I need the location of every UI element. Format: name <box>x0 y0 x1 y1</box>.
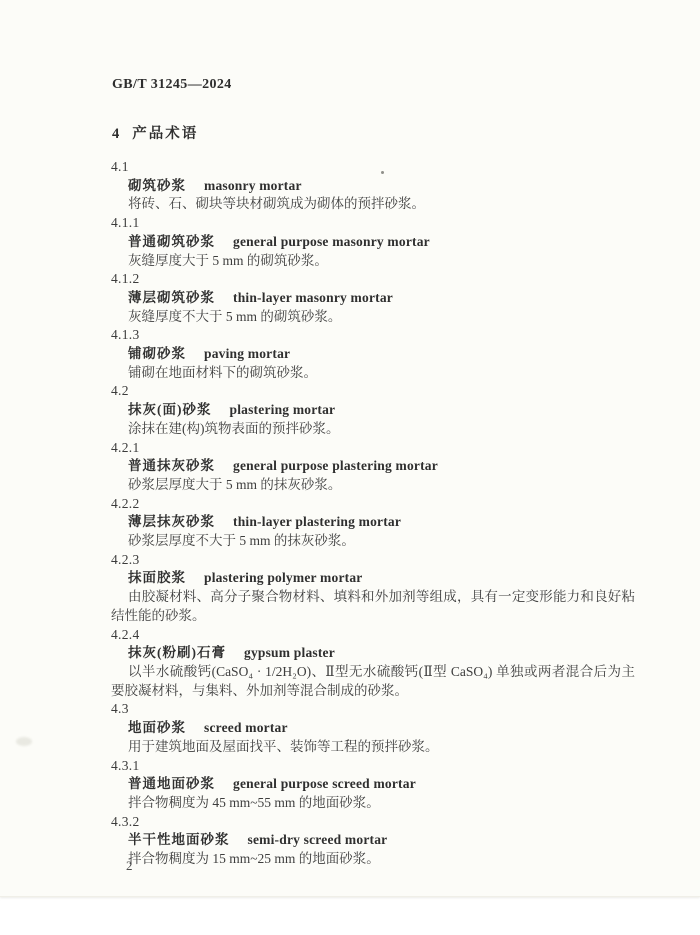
term-english: screed mortar <box>204 720 288 735</box>
term-block-4-1-1: 4.1.1 普通砌筑砂浆general purpose masonry mort… <box>111 214 635 270</box>
term-chinese: 普通砌筑砂浆 <box>128 234 215 249</box>
term-english: gypsum plaster <box>244 645 335 660</box>
term-chinese: 抹面胶浆 <box>128 570 186 585</box>
term-line: 抹灰(面)砂浆plastering mortar <box>111 401 635 420</box>
term-block-4-1-2: 4.1.2 薄层砌筑砂浆thin-layer masonry mortar 灰缝… <box>111 270 635 326</box>
term-definition: 砂浆层厚度不大于 5 mm 的抹灰砂浆。 <box>111 532 635 551</box>
term-chinese: 抹灰(面)砂浆 <box>128 402 212 417</box>
section-number: 4 <box>112 126 119 142</box>
term-definition: 铺砌在地面材料下的砌筑砂浆。 <box>111 364 635 383</box>
clause-number: 4.2.1 <box>111 439 635 458</box>
term-block-4-2-1: 4.2.1 普通抹灰砂浆general purpose plastering m… <box>111 439 635 495</box>
term-english: thin-layer masonry mortar <box>233 290 393 305</box>
term-block-4-2-3: 4.2.3 抹面胶浆plastering polymer mortar 由胶凝材… <box>111 551 635 626</box>
term-line: 地面砂浆screed mortar <box>111 719 635 738</box>
term-chinese: 抹灰(粉刷)石膏 <box>128 645 226 660</box>
term-definition: 拌合物稠度为 15 mm~25 mm 的地面砂浆。 <box>111 850 635 869</box>
clause-number: 4.2.3 <box>111 551 635 570</box>
clause-number: 4.2.4 <box>111 626 635 645</box>
term-line: 抹面胶浆plastering polymer mortar <box>111 569 635 588</box>
clause-number: 4.1 <box>111 158 635 177</box>
term-definition: 用于建筑地面及屋面找平、装饰等工程的预拌砂浆。 <box>111 738 635 757</box>
term-block-4-2-4: 4.2.4 抹灰(粉刷)石膏gypsum plaster 以半水硫酸钙(CaSO… <box>111 626 635 701</box>
term-definition: 灰缝厚度不大于 5 mm 的砌筑砂浆。 <box>111 308 635 327</box>
term-line: 普通抹灰砂浆general purpose plastering mortar <box>111 457 635 476</box>
clause-number: 4.1.1 <box>111 214 635 233</box>
term-block-4-3-1: 4.3.1 普通地面砂浆general purpose screed morta… <box>111 757 635 813</box>
term-chinese: 薄层抹灰砂浆 <box>128 514 215 529</box>
clause-number: 4.2.2 <box>111 495 635 514</box>
term-line: 铺砌砂浆paving mortar <box>111 345 635 364</box>
term-chinese: 普通地面砂浆 <box>128 776 215 791</box>
standard-number-header: GB/T 31245—2024 <box>112 77 232 93</box>
term-definition: 以半水硫酸钙(CaSO₄ · 1/2H₂O)、Ⅱ型无水硫酸钙(Ⅱ型 CaSO₄)… <box>111 663 635 700</box>
term-block-4-1-3: 4.1.3 铺砌砂浆paving mortar 铺砌在地面材料下的砌筑砂浆。 <box>111 326 635 382</box>
term-line: 抹灰(粉刷)石膏gypsum plaster <box>111 644 635 663</box>
term-definition: 拌合物稠度为 45 mm~55 mm 的地面砂浆。 <box>111 794 635 813</box>
section-title: 产品术语 <box>132 126 198 142</box>
term-block-4-2-2: 4.2.2 薄层抹灰砂浆thin-layer plastering mortar… <box>111 495 635 551</box>
term-line: 普通地面砂浆general purpose screed mortar <box>111 775 635 794</box>
term-block-4-2: 4.2 抹灰(面)砂浆plastering mortar 涂抹在建(构)筑物表面… <box>111 382 635 438</box>
section-heading: 4产品术语 <box>112 122 198 143</box>
term-chinese: 地面砂浆 <box>128 720 186 735</box>
term-chinese: 砌筑砂浆 <box>128 178 186 193</box>
term-english: paving mortar <box>204 346 290 361</box>
term-line: 砌筑砂浆masonry mortar <box>111 177 635 196</box>
term-block-4-1: 4.1 砌筑砂浆masonry mortar 将砖、石、砌块等块材砌筑成为砌体的… <box>111 158 635 214</box>
term-block-4-3-2: 4.3.2 半干性地面砂浆semi-dry screed mortar 拌合物稠… <box>111 813 635 869</box>
term-english: general purpose masonry mortar <box>233 234 430 249</box>
term-chinese: 普通抹灰砂浆 <box>128 458 215 473</box>
term-english: general purpose plastering mortar <box>233 458 438 473</box>
term-english: semi-dry screed mortar <box>248 832 388 847</box>
term-definition: 灰缝厚度大于 5 mm 的砌筑砂浆。 <box>111 252 635 271</box>
scan-artifact-smudge <box>16 737 32 746</box>
term-definition: 将砖、石、砌块等块材砌筑成为砌体的预拌砂浆。 <box>111 195 635 214</box>
clause-number: 4.3.1 <box>111 757 635 776</box>
term-line: 薄层砌筑砂浆thin-layer masonry mortar <box>111 289 635 308</box>
term-line: 薄层抹灰砂浆thin-layer plastering mortar <box>111 513 635 532</box>
term-chinese: 铺砌砂浆 <box>128 346 186 361</box>
term-english: plastering polymer mortar <box>204 570 362 585</box>
term-chinese: 薄层砌筑砂浆 <box>128 290 215 305</box>
clause-number: 4.3 <box>111 700 635 719</box>
term-english: thin-layer plastering mortar <box>233 514 401 529</box>
clause-number: 4.1.3 <box>111 326 635 345</box>
page-number: 2 <box>126 858 133 874</box>
term-definition: 砂浆层厚度大于 5 mm 的抹灰砂浆。 <box>111 476 635 495</box>
term-definition: 涂抹在建(构)筑物表面的预拌砂浆。 <box>111 420 635 439</box>
term-definition: 由胶凝材料、高分子聚合物材料、填料和外加剂等组成，具有一定变形能力和良好粘结性能… <box>111 588 635 625</box>
term-english: general purpose screed mortar <box>233 776 416 791</box>
term-line: 半干性地面砂浆semi-dry screed mortar <box>111 831 635 850</box>
clause-number: 4.2 <box>111 382 635 401</box>
terms-list: 4.1 砌筑砂浆masonry mortar 将砖、石、砌块等块材砌筑成为砌体的… <box>111 158 635 869</box>
term-line: 普通砌筑砂浆general purpose masonry mortar <box>111 233 635 252</box>
term-english: plastering mortar <box>230 402 336 417</box>
term-block-4-3: 4.3 地面砂浆screed mortar 用于建筑地面及屋面找平、装饰等工程的… <box>111 700 635 756</box>
clause-number: 4.3.2 <box>111 813 635 832</box>
term-chinese: 半干性地面砂浆 <box>128 832 230 847</box>
scan-artifact-dot <box>381 171 384 174</box>
term-english: masonry mortar <box>204 178 302 193</box>
clause-number: 4.1.2 <box>111 270 635 289</box>
